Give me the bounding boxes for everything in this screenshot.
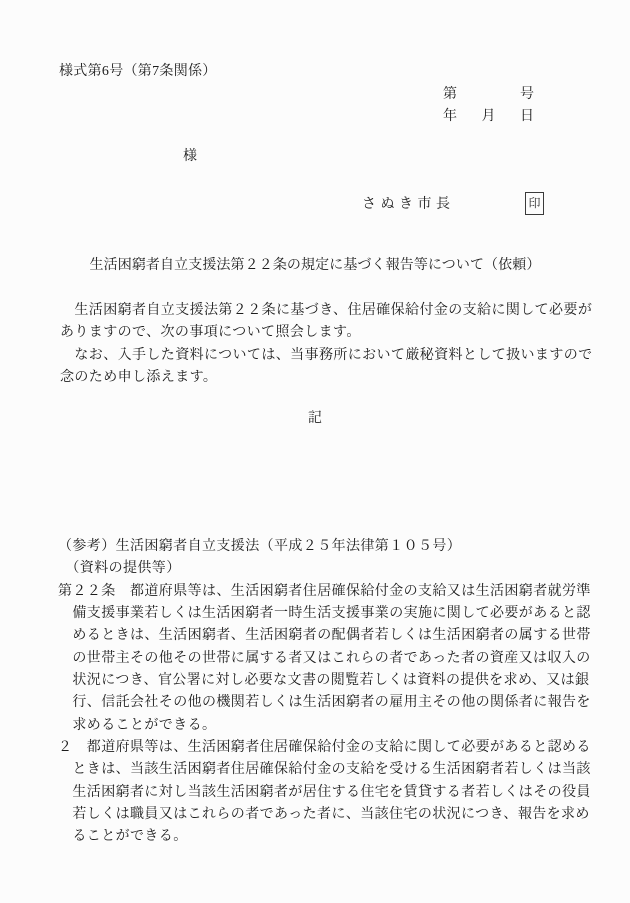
document-page: 様式第6号（第7条関係） 第 号 年 月 日 様 さぬき市長 印 生活困窮者自立… [0,0,630,903]
body-paragraphs: 生活困窮者自立支援法第２２条に基づき、住居確保給付金の支給に関して必要が ありま… [60,300,594,389]
ki-separator: 記 [0,409,630,429]
date-line: 年 月 日 [443,106,534,128]
reference-line: めるときは、生活困窮者、生活困窮者の配偶者若しくは生活困窮者の属する世帯 [58,625,594,647]
doc-number-prefix: 第 [443,84,457,106]
docno-date-block: 第 号 年 月 日 [443,84,534,128]
reference-line: 状況につき、官公署に対し必要な文書の閲覧若しくは資料の提供を求め、又は銀 [58,670,594,692]
body-line: 念のため申し添えます。 [60,367,594,389]
reference-line: ときは、当該生活困窮者住居確保給付金の支給を受ける生活困窮者若しくは当該 [58,759,594,781]
document-title: 生活困窮者自立支援法第２２条の規定に基づく報告等について（依頼） [0,256,630,276]
seal-placeholder: 印 [525,192,544,215]
body-line: なお、入手した資料については、当事務所において厳秘資料として扱いますので [60,345,594,367]
reference-line: ２ 都道府県等は、生活困窮者住居確保給付金の支給に関して必要があると認める [58,737,594,759]
body-line: 生活困窮者自立支援法第２２条に基づき、住居確保給付金の支給に関して必要が [60,300,594,322]
date-year-label: 年 [443,106,457,128]
reference-line: 行、信託会社その他の機関若しくは生活困窮者の雇用主その他の関係者に報告を [58,692,594,714]
body-line: ありますので、次の事項について照会します。 [60,322,594,344]
reference-line: 備支援事業若しくは生活困窮者一時生活支援事業の実施に関して必要があると認 [58,603,594,625]
addressee-honorific: 様 [183,147,197,167]
reference-line: ることができる。 [58,826,594,848]
sender-name: さぬき市長 [362,195,455,215]
reference-subheading: （資料の提供等） [58,558,594,580]
form-number: 様式第6号（第7条関係） [59,62,217,82]
reference-line: 若しくは職員又はこれらの者であった者に、当該住宅の状況につき、報告を求め [58,804,594,826]
reference-heading: （参考）生活困窮者自立支援法（平成２５年法律第１０５号） [58,536,594,558]
doc-number-line: 第 号 [443,84,534,106]
date-month-label: 月 [482,106,496,128]
doc-number-suffix: 号 [520,84,534,106]
reference-line: 生活困窮者に対し当該生活困窮者が居住する住宅を賃貸する者若しくはその役員 [58,782,594,804]
reference-line: 求めることができる。 [58,715,594,737]
reference-section: （参考）生活困窮者自立支援法（平成２５年法律第１０５号） （資料の提供等） 第２… [58,536,594,849]
reference-line: 第２２条 都道府県等は、生活困窮者住居確保給付金の支給又は生活困窮者就労準 [58,581,594,603]
date-day-label: 日 [520,106,534,128]
reference-line: の世帯主その他その世帯に属する者又はこれらの者であった者の資産又は収入の [58,648,594,670]
